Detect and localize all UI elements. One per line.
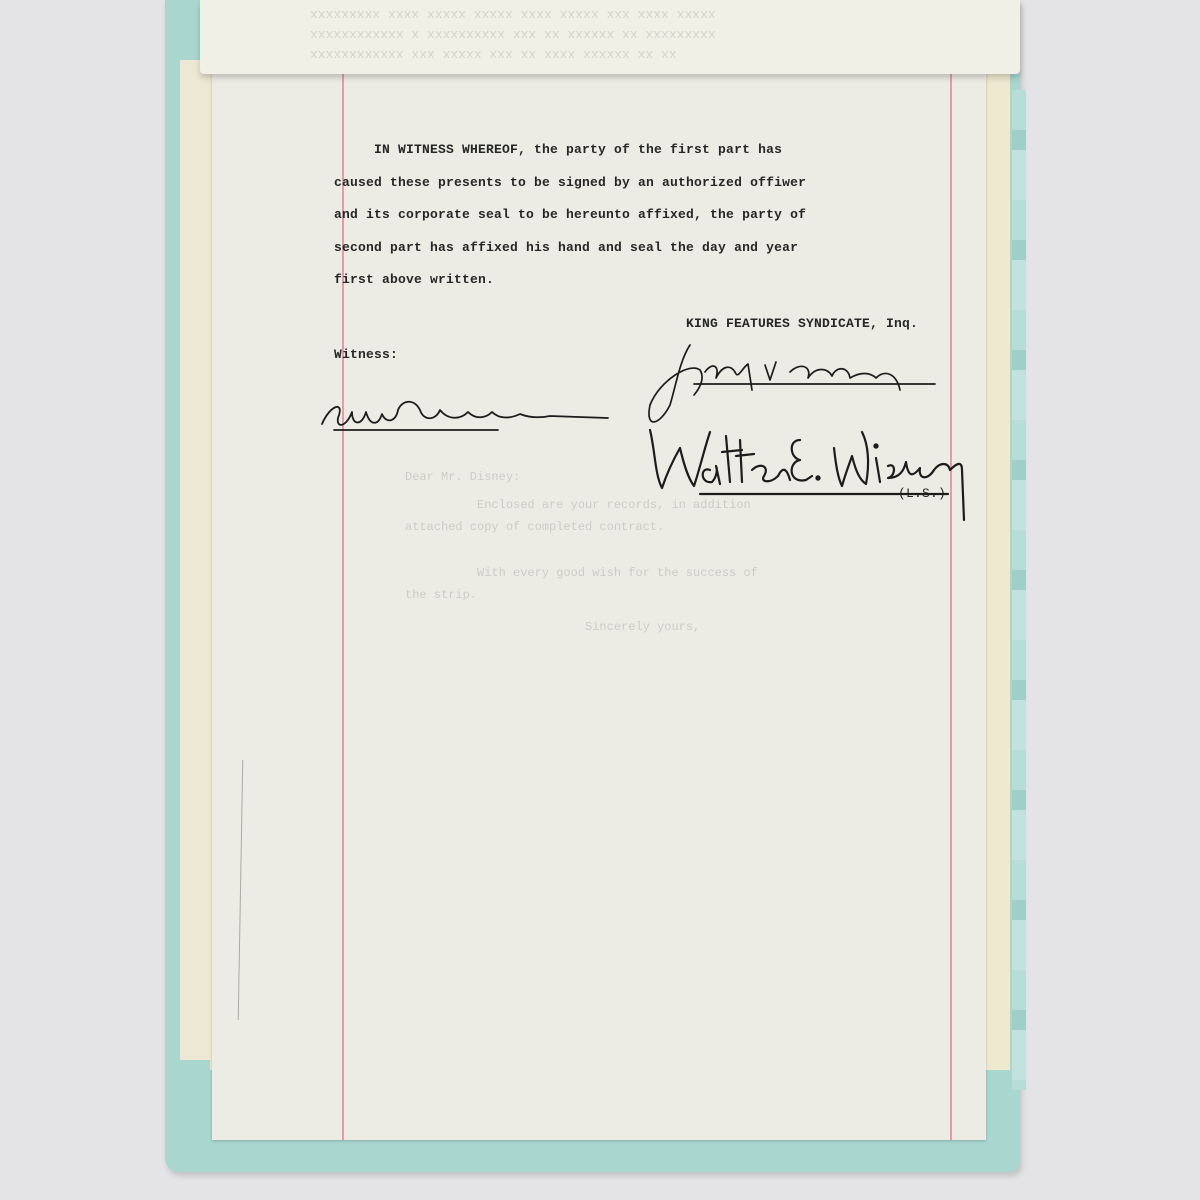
disney-signature — [650, 430, 964, 520]
signatures — [0, 0, 1200, 1200]
witness-signature — [322, 402, 608, 430]
officer-signature — [649, 345, 935, 422]
